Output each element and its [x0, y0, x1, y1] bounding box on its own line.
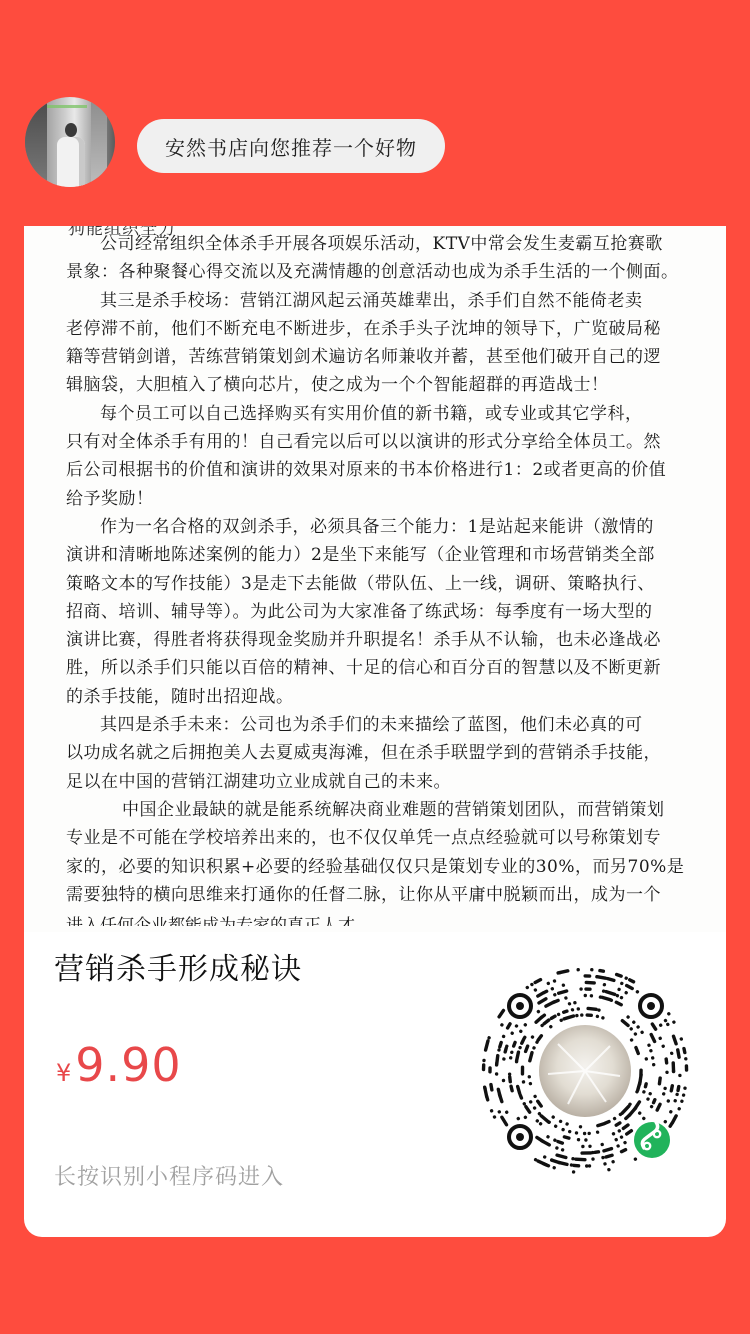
scan-text-line: 中国企业最缺的就是能系统解决商业难题的营销策划团队，而营销策划: [66, 796, 684, 824]
scan-text-line: 策略文本的写作技能）3是走下去能做（带队伍、上一线，调研、策略执行、: [66, 570, 684, 598]
scan-text-line: 公司经常组织全体杀手开展各项娱乐活动，KTV中常会发生麦霸互抢赛歌: [66, 230, 684, 258]
product-title: 营销杀手形成秘诀: [54, 944, 302, 988]
avatar-watermark: [47, 105, 87, 108]
scan-text-line: 需要独特的横向思维来打通你的任督二脉，让你从平庸中脱颖而出，成为一个: [66, 881, 684, 909]
currency-symbol: ¥: [56, 1059, 71, 1087]
scan-text-line: 辑脑袋，大胆植入了横向芯片，使之成为一个个智能超群的再造战士！: [66, 371, 684, 399]
product-card[interactable]: 狗能组织全力 公司经常组织全体杀手开展各项娱乐活动，KTV中常会发生麦霸互抢赛歌…: [24, 226, 726, 1237]
scan-text-line: 作为一名合格的双剑杀手，必须具备三个能力：1是站起来能讲（激情的: [66, 513, 684, 541]
scan-text-line: 胜，所以杀手们只能以百倍的精神、十足的信心和百分百的智慧以及不断更新: [66, 654, 684, 682]
avatar-door-shape: [25, 97, 47, 187]
qr-code-graphic: [478, 964, 693, 1179]
price-amount: 9.90: [75, 1038, 181, 1092]
scan-text-line: 其四是杀手未来：公司也为杀手们的未来描绘了蓝图，他们未必真的可: [66, 711, 684, 739]
avatar-person-body: [57, 137, 85, 187]
qr-hint-text: 长按识别小程序码进入: [54, 1160, 284, 1191]
shop-avatar[interactable]: [25, 97, 115, 187]
miniprogram-qr-code[interactable]: [478, 964, 693, 1179]
scan-text-line: 的杀手技能，随时出招迎战。: [66, 683, 684, 711]
scan-text-line: 每个员工可以自己选择购买有实用价值的新书籍，或专业或其它学科，: [66, 400, 684, 428]
scan-cut-bottom-line: 进入任何企业都能成为专家的真正人才。: [66, 912, 372, 926]
scan-text-line: 专业是不可能在学校培养出来的，也不仅仅单凭一点点经验就可以号称策划专: [66, 824, 684, 852]
scan-text-line: 足以在中国的营销江湖建功立业成就自己的未来。: [66, 768, 684, 796]
scan-text-line: 其三是杀手校场：营销江湖风起云涌英雄辈出，杀手们自然不能倚老卖: [66, 287, 684, 315]
scan-text-line: 家的，必要的知识积累+必要的经验基础仅仅只是策划专业的30%，而另70%是: [66, 853, 684, 881]
scan-text-line: 演讲和清晰地陈述案例的能力）2是坐下来能写（企业管理和市场营销类全部: [66, 541, 684, 569]
scan-text-line: 演讲比赛，得胜者将获得现金奖励并升职提名！杀手从不认输，也未必逢战必: [66, 626, 684, 654]
wechat-miniprogram-icon: [632, 1120, 672, 1160]
scan-text-line: 籍等营销剑谱，苦练营销策划剑术遍访名师兼收并蓄，甚至他们破开自己的逻: [66, 343, 684, 371]
recommend-bubble: 安然书店向您推荐一个好物: [137, 119, 445, 173]
scan-text-line: 招商、培训、辅导等）。为此公司为大家准备了练武场：每季度有一场大型的: [66, 598, 684, 626]
avatar-frame-shape: [91, 97, 107, 187]
scan-text-line: 后公司根据书的价值和演讲的效果对原来的书本价格进行1：2或者更高的价值: [66, 456, 684, 484]
scan-text-line: 老停滞不前，他们不断充电不断进步，在杀手头子沈坤的领导下，广览破局秘: [66, 315, 684, 343]
scan-text-line: 给予奖励！: [66, 485, 684, 513]
avatar-person-head: [65, 123, 77, 137]
product-image[interactable]: 狗能组织全力 公司经常组织全体杀手开展各项娱乐活动，KTV中常会发生麦霸互抢赛歌…: [24, 226, 726, 932]
scan-text-line: 只有对全体杀手有用的！自己看完以后可以以演讲的形式分享给全体员工。然: [66, 428, 684, 456]
share-header: 安然书店向您推荐一个好物: [0, 0, 750, 226]
scan-text-lines: 公司经常组织全体杀手开展各项娱乐活动，KTV中常会发生麦霸互抢赛歌景象：各种聚餐…: [66, 230, 684, 909]
scan-text-line: 以功成名就之后拥抱美人去夏威夷海滩，但在杀手联盟学到的营销杀手技能，: [66, 739, 684, 767]
product-price: ¥ 9.90: [56, 1038, 182, 1092]
scan-text-line: 景象：各种聚餐心得交流以及充满情趣的创意活动也成为杀手生活的一个侧面。: [66, 258, 684, 286]
